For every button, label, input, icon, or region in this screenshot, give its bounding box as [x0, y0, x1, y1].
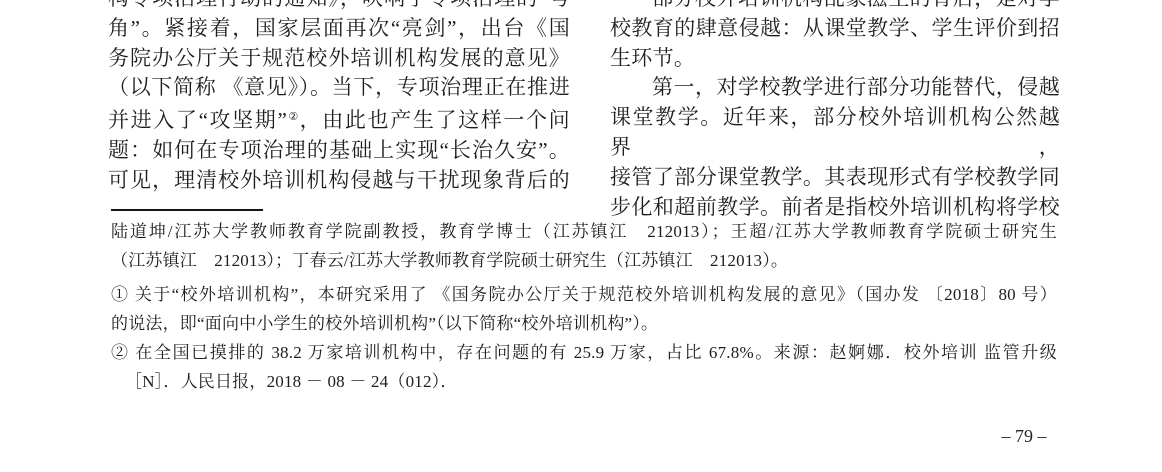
- text-line: 并进入了“攻坚期”②，由此也产生了这样一个问: [108, 103, 570, 136]
- text-line: 校教育的肆意侵越：从课堂教学、学生评价到招: [610, 14, 1060, 44]
- footnote-1-line: ① 关于“校外培训机构”，本研究采用了 《国务院办公厅关于规范校外培训机构发展的…: [111, 280, 1057, 309]
- text-line: 生环节。: [610, 44, 1060, 74]
- footnote-marker-2: ②: [287, 111, 300, 123]
- text-segment: 并进入了“攻坚期”: [108, 108, 287, 132]
- text-line-clipped: 部分校外培训机构乱象滋生的背后，是对学: [610, 0, 1060, 14]
- text-line: 题：如何在专项治理的基础上实现“长治久安”。: [108, 136, 570, 166]
- text-line: 课堂教学。近年来，部分校外培训机构公然越界，: [610, 103, 1060, 163]
- text-segment: ，由此也产生了这样一个问: [300, 108, 570, 132]
- body-column-right: 部分校外培训机构乱象滋生的背后，是对学 校教育的肆意侵越：从课堂教学、学生评价到…: [610, 0, 1060, 222]
- text-line: 务院办公厅关于规范校外培训机构发展的意见》: [108, 44, 570, 74]
- page-number: – 79 –: [982, 426, 1066, 447]
- text-line: 接管了部分课堂教学。其表现形式有学校教学同: [610, 163, 1060, 193]
- author-note-line: （江苏镇江 212013）；丁春云/江苏大学教师教育学院硕士研究生（江苏镇江 2…: [111, 246, 1057, 275]
- footnote-separator: [111, 209, 263, 211]
- journal-page: 构专项治理行动的通知》，吹响了专项治理的“号 角”。紧接着，国家层面再次“亮剑”…: [0, 0, 1162, 472]
- body-column-left: 构专项治理行动的通知》，吹响了专项治理的“号 角”。紧接着，国家层面再次“亮剑”…: [108, 0, 570, 196]
- footnote-2-line: ［N］．人民日报，2018 － 08 － 24（012）．: [111, 367, 1057, 396]
- footnote-block: 陆道坤/江苏大学教师教育学院副教授，教育学博士（江苏镇江 212013）；王超/…: [111, 217, 1057, 396]
- author-note-line: 陆道坤/江苏大学教师教育学院副教授，教育学博士（江苏镇江 212013）；王超/…: [111, 217, 1057, 246]
- text-line: 角”。紧接着，国家层面再次“亮剑”，出台《国: [108, 14, 570, 44]
- text-line: 第一，对学校教学进行部分功能替代，侵越: [610, 73, 1060, 103]
- text-line: 可见，理清校外培训机构侵越与干扰现象背后的: [108, 166, 570, 196]
- text-line: （以下简称 《意见》）。当下，专项治理正在推进: [108, 73, 570, 103]
- footnote-1-line: 的说法，即“面向中小学生的校外培训机构”（以下简称“校外培训机构”）。: [111, 309, 1057, 338]
- text-line-clipped: 构专项治理行动的通知》，吹响了专项治理的“号: [108, 0, 570, 14]
- footnote-2-line: ② 在全国已摸排的 38.2 万家培训机构中，存在问题的有 25.9 万家，占比…: [111, 338, 1057, 367]
